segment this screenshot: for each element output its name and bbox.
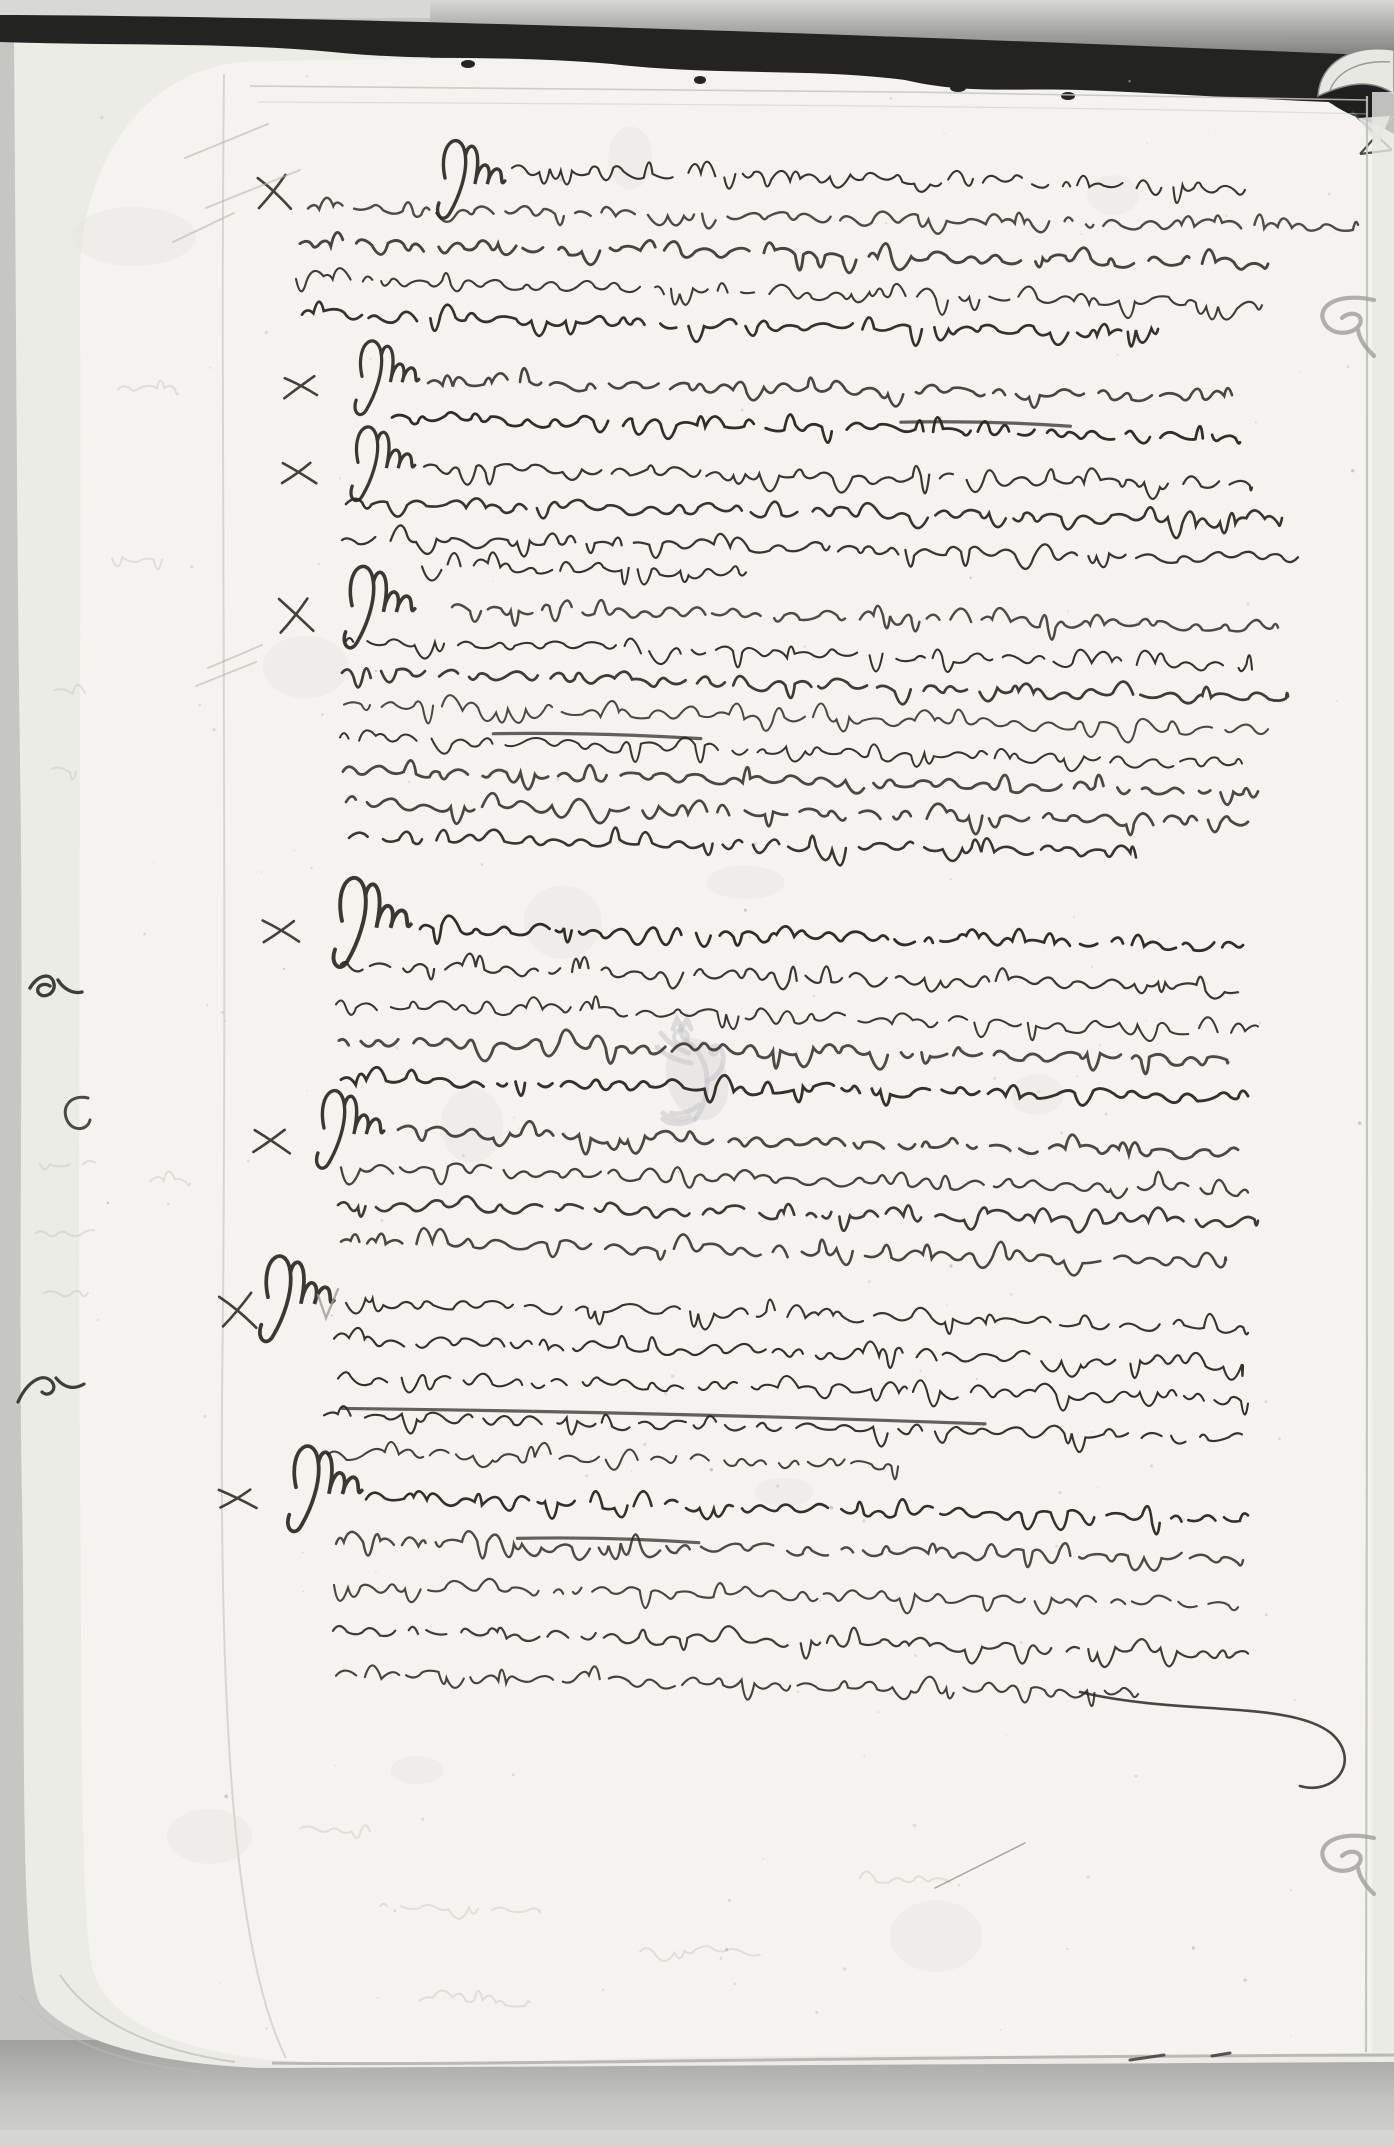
gap-drip — [950, 84, 966, 92]
gap-drip — [1061, 92, 1075, 100]
bottom-light-strip — [0, 2130, 1394, 2145]
right-margin-shading — [1372, 92, 1394, 2052]
gap-drip — [461, 60, 475, 68]
scan-canvas — [0, 0, 1394, 2145]
manuscript-scan-page — [0, 0, 1394, 2145]
gap-drip — [694, 76, 706, 84]
right-fold-line — [1366, 96, 1367, 2052]
